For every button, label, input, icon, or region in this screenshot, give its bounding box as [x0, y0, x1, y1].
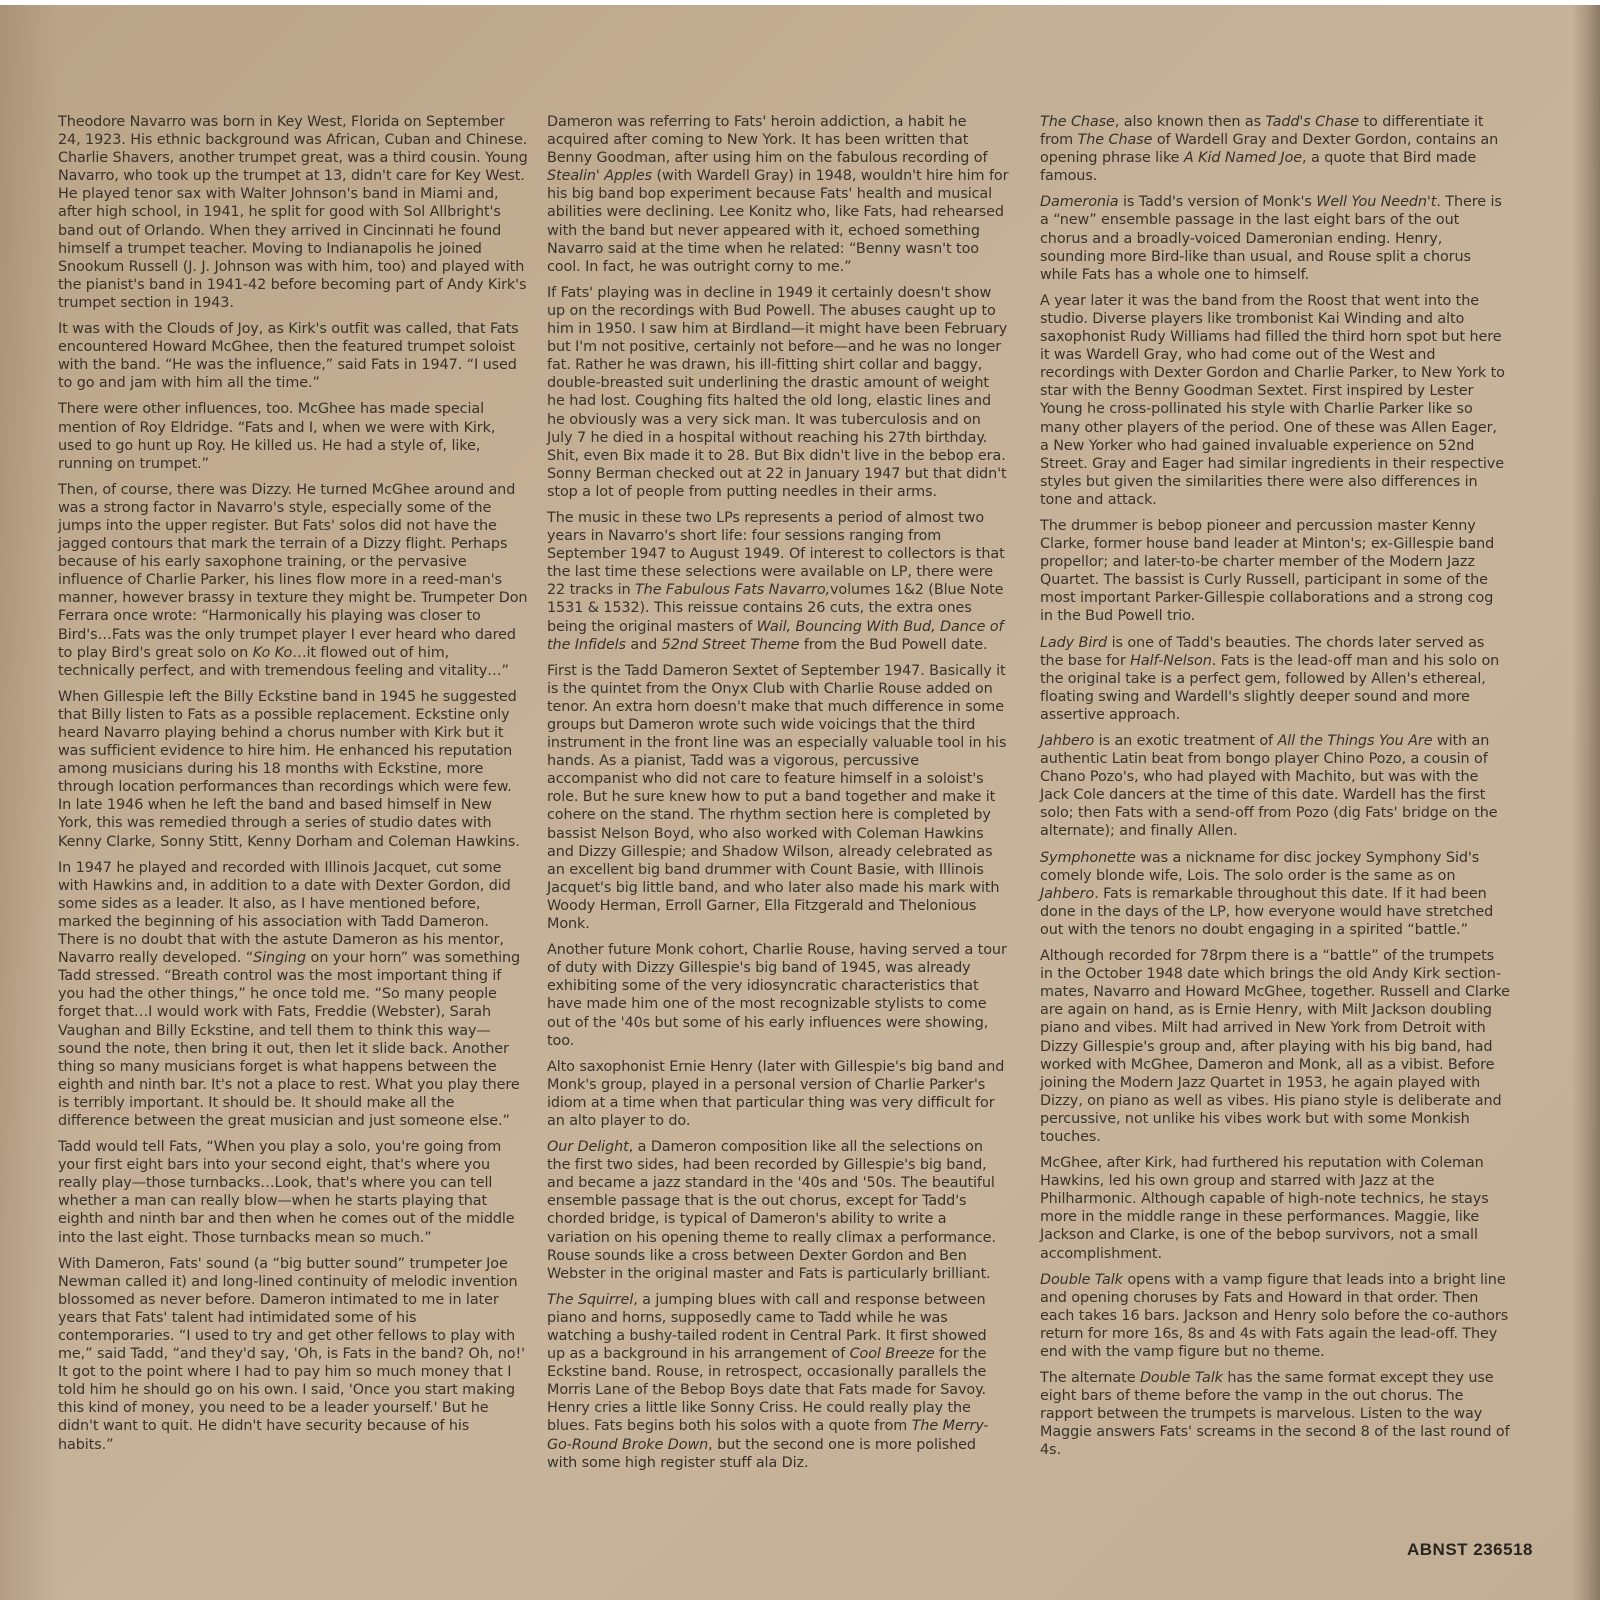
paragraph: There were other influences, too. McGhee… [58, 400, 528, 472]
paragraph: The Squirrel, a jumping blues with call … [547, 1291, 1009, 1472]
title-italic: The Chase [1040, 114, 1115, 130]
paragraph: When Gillespie left the Billy Eckstine b… [58, 688, 528, 851]
text-run: . Fats is remarkable throughout this dat… [1040, 886, 1493, 938]
title-italic: Half-Nelson [1130, 653, 1212, 669]
text-run: Then, of course, there was Dizzy. He tur… [58, 482, 527, 661]
paragraph: McGhee, after Kirk, had furthered his re… [1040, 1154, 1510, 1263]
paragraph: Dameron was referring to Fats' heroin ad… [547, 113, 1009, 276]
liner-notes-sleeve: Theodore Navarro was born in Key West, F… [0, 5, 1600, 1600]
text-run: on your horn” was something Tadd stresse… [58, 950, 520, 1129]
text-run: Theodore Navarro was born in Key West, F… [58, 114, 528, 311]
title-italic: Symphonette [1040, 850, 1136, 866]
paragraph: The alternate Double Talk has the same f… [1040, 1369, 1510, 1459]
title-italic: Jahbero [1040, 733, 1094, 749]
text-run: Alto saxophonist Ernie Henry (later with… [547, 1059, 1004, 1129]
paragraph: Jahbero is an exotic treatment of All th… [1040, 732, 1510, 841]
paragraph: If Fats' playing was in decline in 1949 … [547, 284, 1009, 501]
paragraph: Alto saxophonist Ernie Henry (later with… [547, 1058, 1009, 1130]
text-run: It was with the Clouds of Joy, as Kirk's… [58, 321, 519, 391]
text-run: With Dameron, Fats' sound (a “big butter… [58, 1256, 525, 1453]
title-italic: Stealin' Apples [547, 168, 652, 184]
title-italic: Well You Needn't [1316, 194, 1436, 210]
paragraph: Tadd would tell Fats, “When you play a s… [58, 1138, 528, 1247]
paragraph: The drummer is bebop pioneer and percuss… [1040, 517, 1510, 626]
text-run: is Tadd's version of Monk's [1119, 194, 1317, 210]
text-run: , also known then as [1115, 114, 1266, 130]
catalog-number: ABNST 236518 [1407, 1540, 1533, 1560]
title-italic: Double Talk [1040, 1272, 1123, 1288]
paragraph: The Chase, also known then as Tadd's Cha… [1040, 113, 1510, 185]
sleeve-edge [1572, 5, 1600, 1600]
column-middle: Dameron was referring to Fats' heroin ad… [547, 113, 1009, 1480]
title-italic: Double Talk [1140, 1370, 1223, 1386]
paragraph: In 1947 he played and recorded with Illi… [58, 859, 528, 1130]
title-italic: Jahbero [1040, 886, 1094, 902]
text-run: and [626, 637, 662, 653]
paragraph: With Dameron, Fats' sound (a “big butter… [58, 1255, 528, 1454]
text-run: The drummer is bebop pioneer and percuss… [1040, 518, 1494, 624]
column-left: Theodore Navarro was born in Key West, F… [58, 113, 528, 1462]
title-italic: All the Things You Are [1277, 733, 1432, 749]
title-italic: Ko Ko [253, 645, 293, 661]
title-italic: The Fabulous Fats Navarro, [635, 582, 830, 598]
title-italic: Singing [253, 950, 306, 966]
title-italic: A Kid Named Joe [1184, 150, 1302, 166]
title-italic: The Chase [1078, 132, 1153, 148]
text-run: Another future Monk cohort, Charlie Rous… [547, 942, 1007, 1048]
text-run: Although recorded for 78rpm there is a “… [1040, 948, 1510, 1145]
text-run: from the Bud Powell date. [799, 637, 987, 653]
paragraph: First is the Tadd Dameron Sextet of Sept… [547, 662, 1009, 933]
paragraph: Another future Monk cohort, Charlie Rous… [547, 941, 1009, 1050]
paragraph: Our Delight, a Dameron composition like … [547, 1138, 1009, 1283]
paragraph: Dameronia is Tadd's version of Monk's We… [1040, 193, 1510, 283]
column-right: The Chase, also known then as Tadd's Cha… [1040, 113, 1510, 1468]
text-run: There were other influences, too. McGhee… [58, 401, 495, 471]
title-italic: 52nd Street Theme [662, 637, 800, 653]
text-run: When Gillespie left the Billy Eckstine b… [58, 689, 520, 850]
paragraph: Lady Bird is one of Tadd's beauties. The… [1040, 634, 1510, 724]
title-italic: The Squirrel [547, 1292, 633, 1308]
paragraph: Then, of course, there was Dizzy. He tur… [58, 481, 528, 680]
text-run: is an exotic treatment of [1094, 733, 1277, 749]
text-run: Dameron was referring to Fats' heroin ad… [547, 114, 987, 166]
text-run: If Fats' playing was in decline in 1949 … [547, 285, 1007, 500]
paragraph: Symphonette was a nickname for disc jock… [1040, 849, 1510, 939]
paragraph: Although recorded for 78rpm there is a “… [1040, 947, 1510, 1146]
title-italic: Dameronia [1040, 194, 1119, 210]
paragraph: Double Talk opens with a vamp figure tha… [1040, 1271, 1510, 1361]
text-run: First is the Tadd Dameron Sextet of Sept… [547, 663, 1006, 932]
paragraph: A year later it was the band from the Ro… [1040, 292, 1510, 509]
text-run: McGhee, after Kirk, had furthered his re… [1040, 1155, 1489, 1261]
title-italic: Tadd's Chase [1265, 114, 1359, 130]
title-italic: Lady Bird [1040, 635, 1107, 651]
paragraph: The music in these two LPs represents a … [547, 509, 1009, 654]
title-italic: Cool Breeze [850, 1346, 935, 1362]
text-run: A year later it was the band from the Ro… [1040, 293, 1505, 508]
paragraph: It was with the Clouds of Joy, as Kirk's… [58, 320, 528, 392]
text-run: Tadd would tell Fats, “When you play a s… [58, 1139, 515, 1245]
text-run: The alternate [1040, 1370, 1140, 1386]
paragraph: Theodore Navarro was born in Key West, F… [58, 113, 528, 312]
text-run: , a Dameron composition like all the sel… [547, 1139, 996, 1282]
title-italic: Our Delight [547, 1139, 629, 1155]
